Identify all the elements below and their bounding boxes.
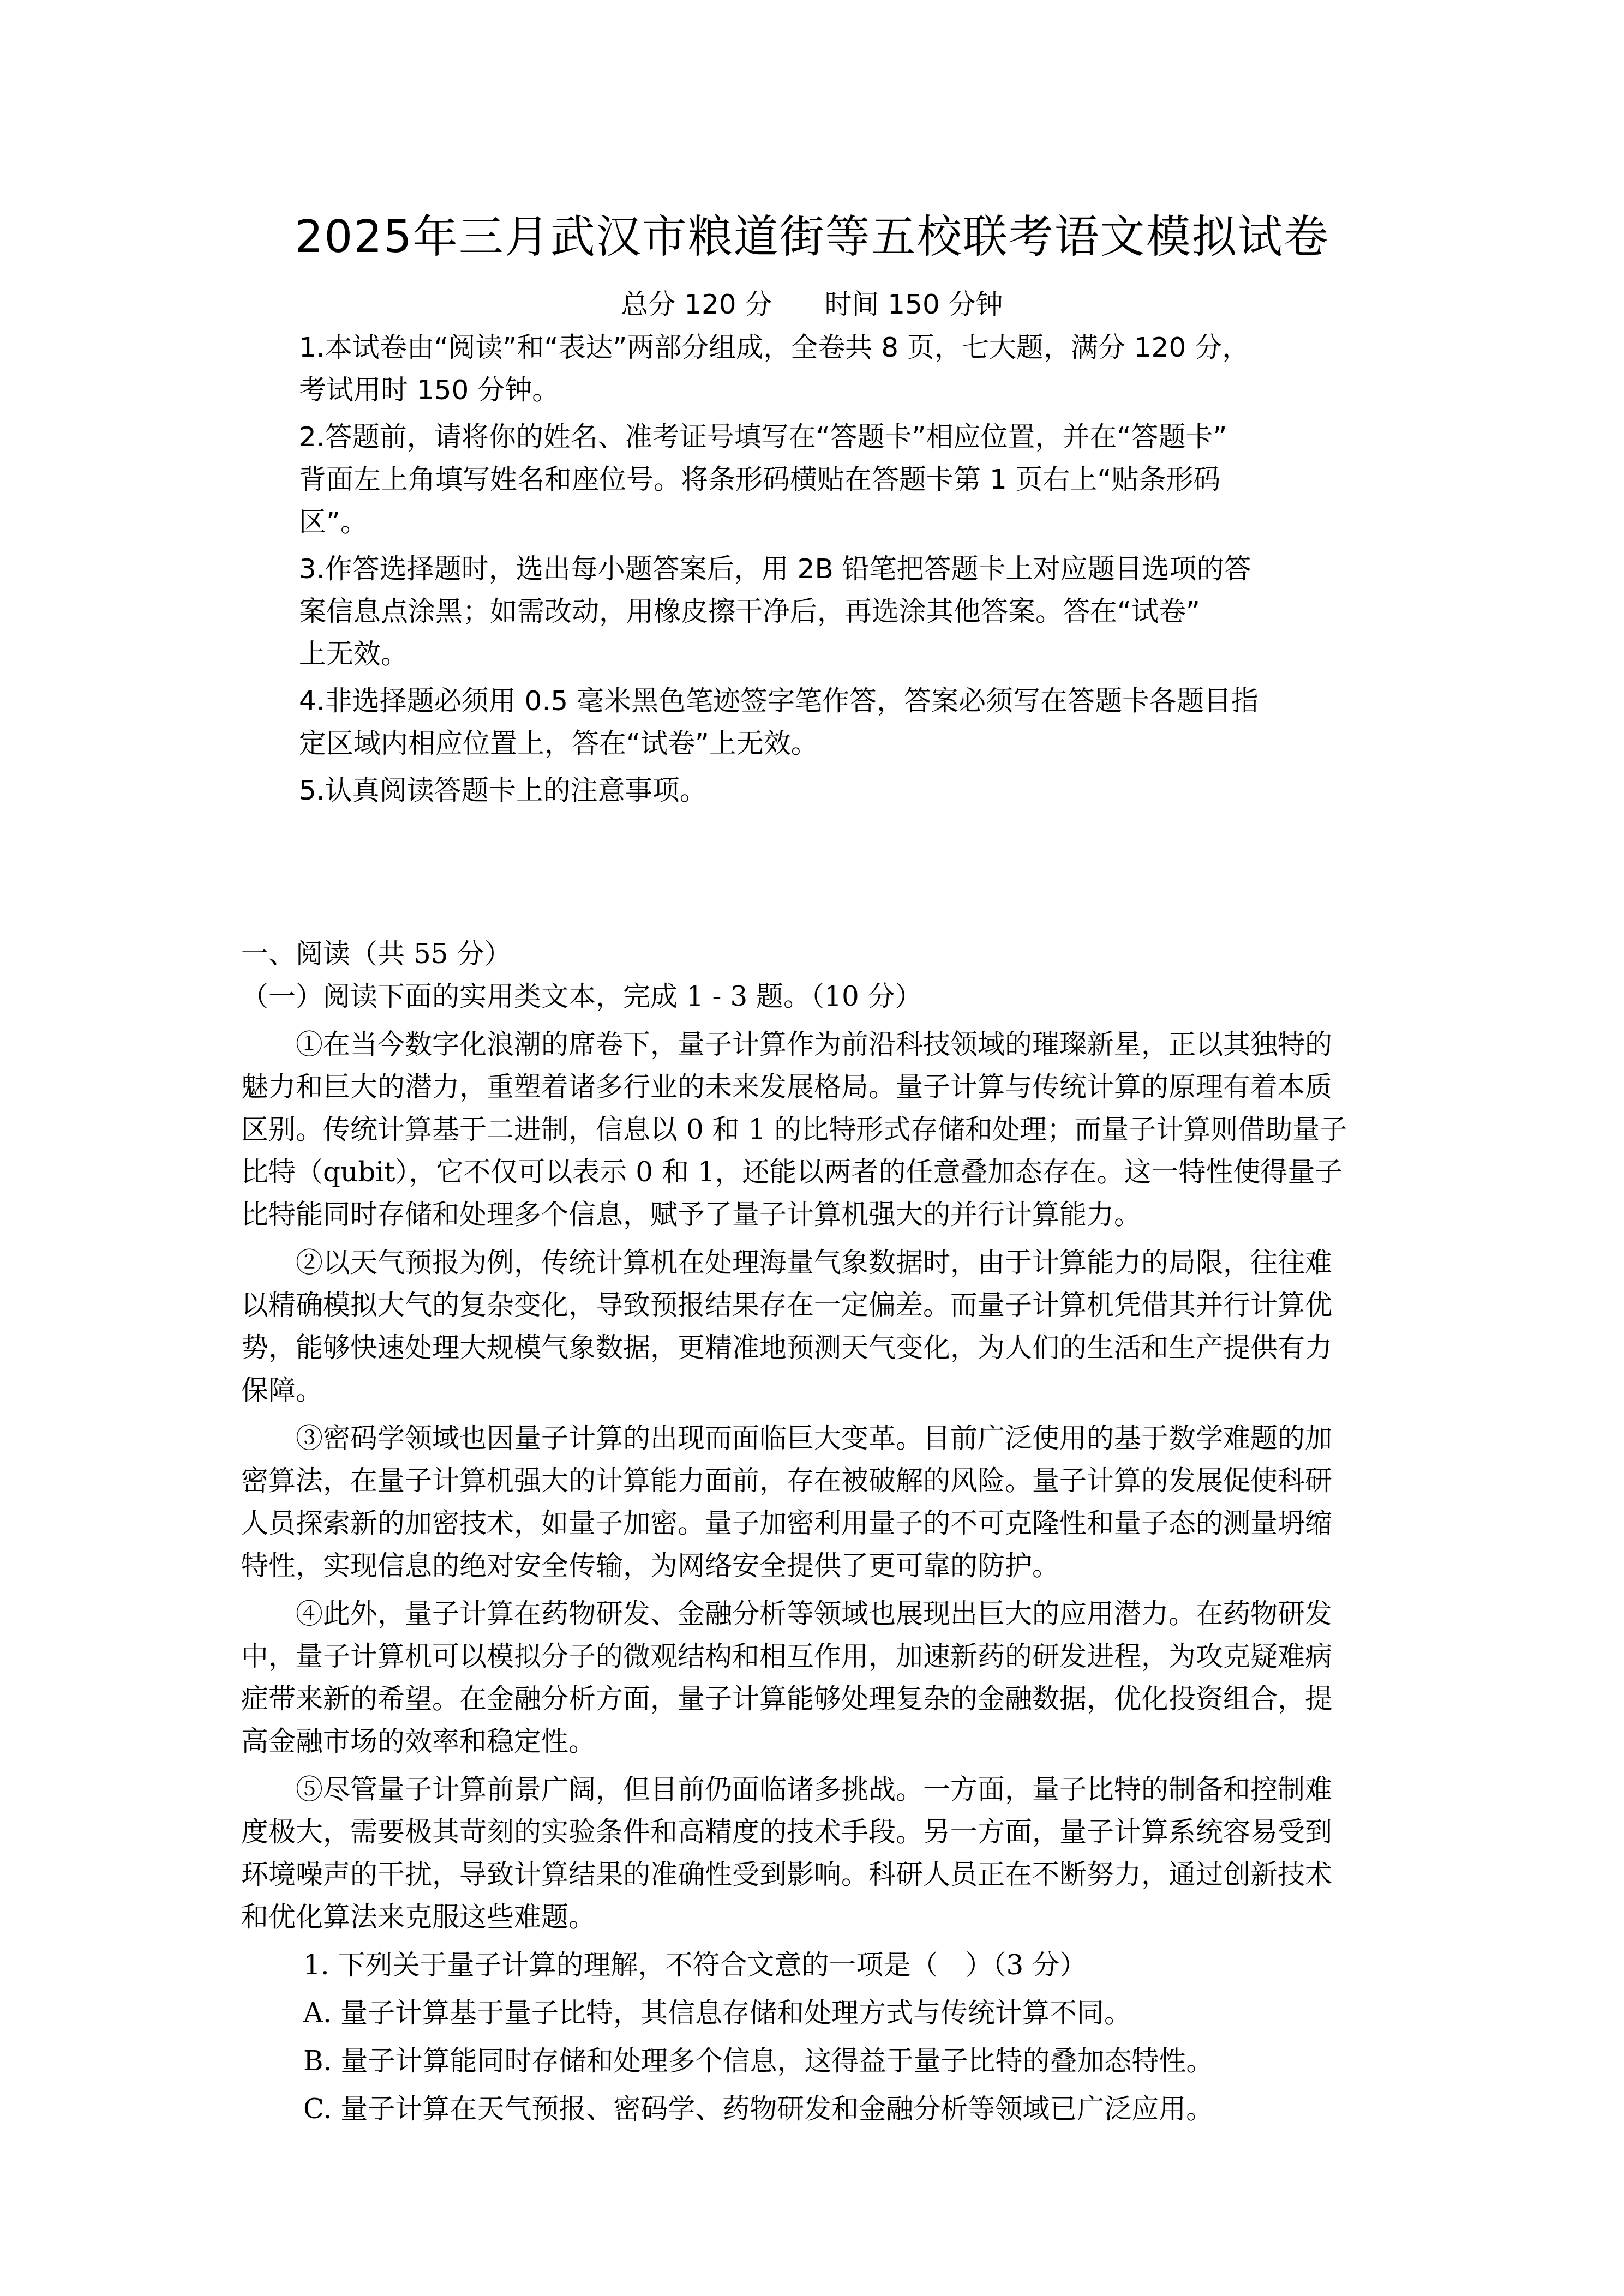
instruction-item: 1.本试卷由“阅读”和“表达”两部分组成，全卷共 8 页，七大题，满分 120 … xyxy=(299,326,1335,411)
passage-paragraph: ③密码学领域也因量子计算的出现而面临巨大变革。目前广泛使用的基于数学难题的加 密… xyxy=(241,1417,1387,1587)
question-stem: 1. 下列关于量子计算的理解，不符合文意的一项是（ ）（3 分） xyxy=(241,1944,1387,1986)
page-title: 2025年三月武汉市粮道街等五校联考语文模拟试卷 xyxy=(0,210,1624,265)
passage-paragraph: ②以天气预报为例，传统计算机在处理海量气象数据时，由于计算能力的局限，往往难 以… xyxy=(241,1241,1387,1411)
exam-time: 时间 150 分钟 xyxy=(824,288,1003,320)
passage-paragraph: ⑤尽管量子计算前景广阔，但目前仍面临诸多挑战。一方面，量子比特的制备和控制难 度… xyxy=(241,1768,1387,1938)
instruction-item: 5.认真阅读答题卡上的注意事项。 xyxy=(299,769,1335,812)
answer-option-c: C. 量子计算在天气预报、密码学、药物研发和金融分析等领域已广泛应用。 xyxy=(241,2088,1387,2130)
instructions: 1.本试卷由“阅读”和“表达”两部分组成，全卷共 8 页，七大题，满分 120 … xyxy=(299,326,1335,816)
reading-section: 一、阅读（共 55 分） （一）阅读下面的实用类文本，完成 1 - 3 题。（1… xyxy=(241,933,1387,2130)
sub-section-heading: （一）阅读下面的实用类文本，完成 1 - 3 题。（10 分） xyxy=(241,975,1387,1018)
instruction-item: 3.作答选择题时，选出每小题答案后，用 2B 铅笔把答题卡上对应题目选项的答 案… xyxy=(299,548,1335,675)
section-heading: 一、阅读（共 55 分） xyxy=(241,933,1387,975)
exam-page: 2025年三月武汉市粮道街等五校联考语文模拟试卷 总分 120 分 时间 150… xyxy=(0,0,1624,2296)
instruction-item: 4.非选择题必须用 0.5 毫米黑色笔迹签字笔作答，答案必须写在答题卡各题目指 … xyxy=(299,680,1335,765)
passage-paragraph: ①在当今数字化浪潮的席卷下，量子计算作为前沿科技领域的璀璨新星，正以其独特的 魅… xyxy=(241,1023,1387,1236)
answer-option-a: A. 量子计算基于量子比特，其信息存储和处理方式与传统计算不同。 xyxy=(241,1992,1387,2034)
instruction-item: 2.答题前，请将你的姓名、准考证号填写在“答题卡”相应位置，并在“答题卡” 背面… xyxy=(299,416,1335,543)
exam-info: 总分 120 分 时间 150 分钟 xyxy=(0,286,1624,322)
passage-paragraph: ④此外，量子计算在药物研发、金融分析等领域也展现出巨大的应用潜力。在药物研发 中… xyxy=(241,1592,1387,1763)
answer-option-b: B. 量子计算能同时存储和处理多个信息，这得益于量子比特的叠加态特性。 xyxy=(241,2040,1387,2082)
total-score: 总分 120 分 xyxy=(621,288,772,320)
